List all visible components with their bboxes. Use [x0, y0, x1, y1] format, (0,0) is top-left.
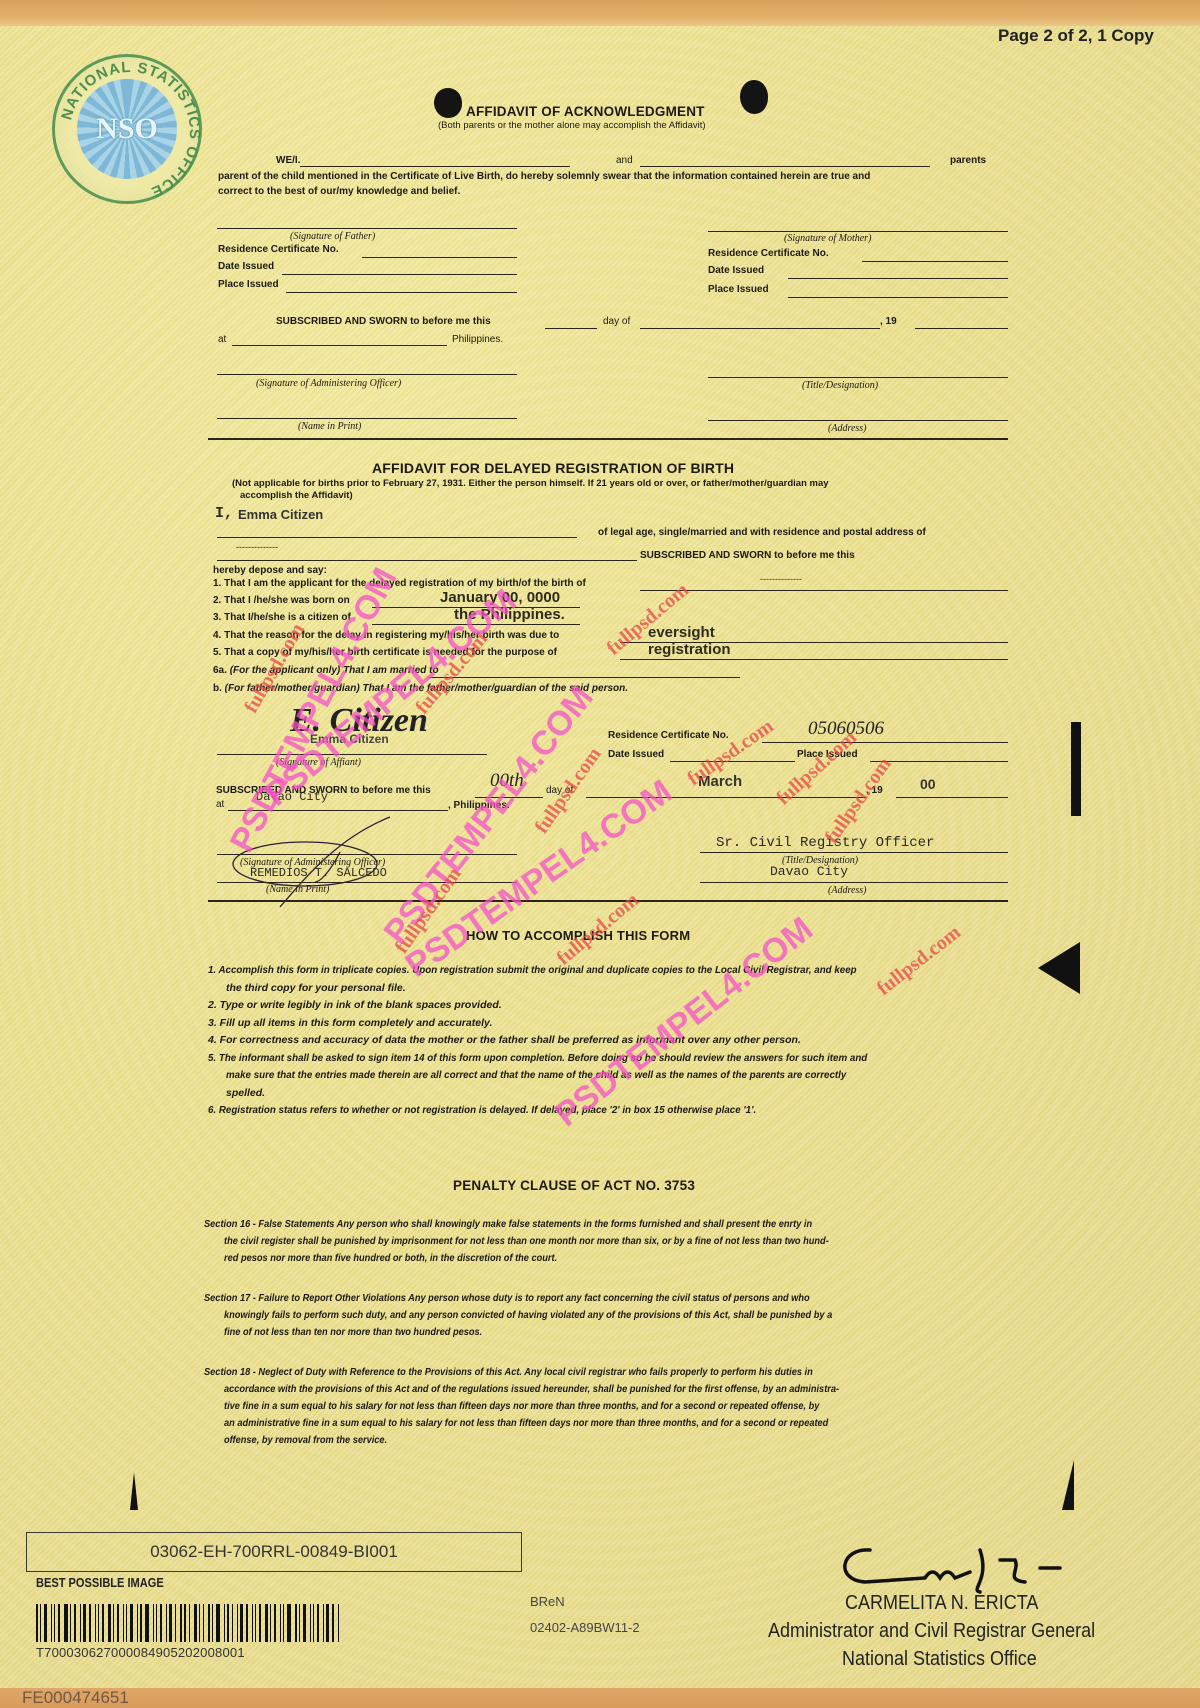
- delayed-day-of-label: day of: [546, 785, 573, 796]
- barcode-bar: [299, 1604, 300, 1642]
- officer-name-value: REMEDIOS T. SALCEDO: [250, 866, 387, 880]
- barcode-bar: [323, 1604, 324, 1642]
- mother-date-issued-label: Date Issued: [708, 265, 764, 276]
- acknowledgment-title: AFFIDAVIT OF ACKNOWLEDGMENT: [466, 104, 705, 119]
- barcode-bar: [74, 1604, 76, 1642]
- penalty-section-line: tive fine in a sum equal to his salary f…: [224, 1398, 819, 1415]
- sworn-month-field[interactable]: [586, 797, 866, 798]
- seal-center-text: NSO: [96, 112, 158, 146]
- mother-residence-cert-label: Residence Certificate No.: [708, 248, 829, 259]
- father-residence-cert-label: Residence Certificate No.: [218, 244, 339, 255]
- registrar-signature: [830, 1540, 1090, 1596]
- barcode-bar: [126, 1604, 127, 1642]
- penalty-section-line: offense, by removal from the service.: [224, 1432, 387, 1449]
- signatory-name: CARMELITA N. ERICTA: [845, 1592, 1038, 1615]
- affiant-signature-label: (Signature of Affiant): [276, 757, 361, 768]
- barcode-bar: [140, 1604, 142, 1642]
- delayed-subtitle-line-2: accomplish the Affidavit): [240, 490, 353, 501]
- barcode-bar: [317, 1604, 319, 1642]
- barcode-bar: [224, 1604, 225, 1642]
- delayed-item-4: 4. That the reason for the delay in regi…: [213, 630, 559, 641]
- sworn-day-field[interactable]: [475, 797, 543, 798]
- delayed-item-field-5[interactable]: [620, 659, 1008, 660]
- barcode-bar: [189, 1604, 190, 1642]
- affiant-name-field[interactable]: [217, 537, 577, 538]
- affiant-residence-cert-value: 05060506: [808, 718, 884, 740]
- barcode-bar: [283, 1604, 284, 1642]
- mother-place-issued-field[interactable]: [788, 297, 1008, 298]
- barcode-bar: [259, 1604, 261, 1642]
- penalty-section-line: the civil register shall be punished by …: [224, 1233, 829, 1250]
- delayed-item-value-5: registration: [648, 641, 731, 658]
- instructions-title: HOW TO ACCOMPLISH THIS FORM: [466, 928, 690, 943]
- instruction-item-continuation: make sure that the entries made therein …: [226, 1067, 846, 1084]
- ack-officer-signature-label: (Signature of Administering Officer): [256, 378, 401, 389]
- penalty-title: PENALTY CLAUSE OF ACT NO. 3753: [453, 1178, 695, 1193]
- barcode-bar: [227, 1604, 229, 1642]
- ack-address-field[interactable]: [708, 420, 1008, 421]
- page-indicator: Page 2 of 2, 1 Copy: [998, 26, 1154, 46]
- barcode-bar: [180, 1604, 182, 1642]
- ack-day-of-label: day of: [603, 316, 630, 327]
- penalty-section-line: fine of not less than ten nor more than …: [224, 1324, 482, 1341]
- affiant-address-field[interactable]: [217, 560, 637, 561]
- instruction-item-continuation: spelled.: [226, 1085, 265, 1102]
- instruction-item: 3. Fill up all items in this form comple…: [208, 1015, 492, 1032]
- barcode-bar: [64, 1604, 68, 1642]
- affiant-name-value: Emma Citizen: [238, 507, 323, 522]
- certificate-paper: [0, 0, 1200, 1708]
- alignment-triangle-mark: [1062, 1460, 1074, 1510]
- barcode-bar: [216, 1604, 220, 1642]
- barcode-bar: [169, 1604, 172, 1642]
- barcode-bar: [287, 1604, 291, 1642]
- affiant-date-issued-label: Date Issued: [608, 749, 664, 760]
- officer-address-value: Davao City: [770, 864, 848, 879]
- barcode-bar: [252, 1604, 253, 1642]
- father-date-issued-field[interactable]: [282, 274, 517, 275]
- barcode-bar: [98, 1604, 99, 1642]
- barcode-bar: [113, 1604, 114, 1642]
- we-label: WE/I.: [276, 155, 300, 166]
- delayed-item-field-3[interactable]: [372, 624, 580, 625]
- instruction-item: 6. Registration status refers to whether…: [208, 1102, 756, 1119]
- barcode-bar: [175, 1604, 176, 1642]
- mother-place-issued-label: Place Issued: [708, 284, 769, 295]
- delayed-item-number: 1.: [213, 578, 224, 589]
- delayed-officer-signature-field[interactable]: [217, 854, 517, 855]
- barcode-bar: [280, 1604, 281, 1642]
- barcode-bar: [240, 1604, 243, 1642]
- mother-name-field[interactable]: [640, 166, 930, 167]
- delayed-registration-title: AFFIDAVIT FOR DELAYED REGISTRATION OF BI…: [372, 460, 734, 476]
- serial-number: FE000474651: [22, 1688, 129, 1708]
- barcode-bar: [237, 1604, 238, 1642]
- image-quality-note: BEST POSSIBLE IMAGE: [36, 1575, 164, 1590]
- sworn-year-field[interactable]: [896, 797, 1008, 798]
- delayed-item-number: 4.: [213, 630, 224, 641]
- barcode-bar: [332, 1604, 334, 1642]
- registry-number: 03062-EH-700RRL-00849-BI001: [150, 1542, 398, 1562]
- delayed-item-text: That I/he/she is a citizen of: [224, 612, 351, 623]
- affiant-place-issued-label: Place Issued: [797, 749, 858, 760]
- affiant-address-value: --------------: [236, 542, 278, 552]
- barcode-bar: [44, 1604, 47, 1642]
- ack-sworn-text: SUBSCRIBED AND SWORN to before me this: [276, 316, 491, 327]
- delayed-item-text: (For father/mother/guardian) That I am t…: [225, 683, 628, 694]
- section-divider: [208, 438, 1008, 440]
- delayed-item-2: 2. That I /he/she was born on: [213, 595, 350, 606]
- barcode-bar: [326, 1604, 329, 1642]
- barcode-bar: [310, 1604, 311, 1642]
- delayed-item-value-4: eversight: [648, 624, 715, 641]
- delayed-item-number: b.: [213, 683, 225, 694]
- bren-label: BReN: [530, 1594, 565, 1609]
- affiant-residence-cert-label: Residence Certificate No.: [608, 730, 729, 741]
- duly-sworn-text: SUBSCRIBED AND SWORN to before me this: [640, 550, 855, 561]
- ack-name-in-print-field[interactable]: [217, 418, 517, 419]
- barcode-bar: [295, 1604, 297, 1642]
- depose-text: hereby depose and say:: [213, 565, 327, 576]
- barcode-bar: [40, 1604, 41, 1642]
- instruction-item-continuation: the third copy for your personal file.: [226, 980, 406, 997]
- barcode-bar: [255, 1604, 256, 1642]
- delayed-item-field-1[interactable]: [640, 590, 1008, 591]
- instruction-item: 2. Type or write legibly in ink of the b…: [208, 997, 502, 1014]
- alignment-triangle-mark: [130, 1472, 138, 1510]
- barcode-bar: [270, 1604, 271, 1642]
- top-border-band: [0, 0, 1200, 26]
- barcode-bar: [95, 1604, 96, 1642]
- barcode-text: T70003062700008490520200800​1: [36, 1645, 245, 1660]
- sworn-place-value: Davao City: [256, 790, 328, 804]
- delayed-officer-name-field[interactable]: [217, 882, 517, 883]
- affiant-date-issued-field[interactable]: [670, 761, 795, 762]
- ack-sworn-place-field[interactable]: [232, 345, 447, 346]
- delayed-item-number: 2.: [213, 595, 224, 606]
- barcode-bar: [160, 1604, 162, 1642]
- ack-philippines-label: Philippines.: [452, 334, 503, 345]
- alignment-mark: [1071, 722, 1081, 816]
- ack-address-label: (Address): [828, 423, 867, 434]
- ack-sworn-day-field[interactable]: [545, 328, 597, 329]
- barcode-bar: [184, 1604, 186, 1642]
- barcode-bar: [313, 1604, 314, 1642]
- barcode-bar: [303, 1604, 306, 1642]
- barcode-bar: [194, 1604, 197, 1642]
- barcode-bar: [130, 1604, 133, 1642]
- ack-name-in-print-label: (Name in Print): [298, 421, 361, 432]
- barcode-bar: [145, 1604, 149, 1642]
- barcode-bar: [58, 1604, 60, 1642]
- barcode-bar: [123, 1604, 124, 1642]
- delayed-address-field[interactable]: [700, 882, 1008, 883]
- affiant-printed-name: Emma Citizen: [310, 732, 389, 746]
- signatory-title: Administrator and Civil Registrar Genera…: [768, 1620, 1095, 1643]
- affiant-prefix: I,: [215, 505, 233, 522]
- mother-residence-cert-field[interactable]: [862, 261, 1008, 262]
- penalty-section-heading: Section 17 - Failure to Report Other Vio…: [204, 1290, 810, 1307]
- affiant-signature-field[interactable]: [217, 754, 487, 755]
- barcode-bar: [51, 1604, 52, 1642]
- nso-seal-icon: NATIONAL STATISTICS OFFICE NSO: [52, 54, 202, 204]
- bren-value: 02402-A89BW11-2: [530, 1620, 640, 1635]
- penalty-section-line: accordance with the provisions of this A…: [224, 1381, 839, 1398]
- acknowledgment-subtitle: (Both parents or the mother alone may ac…: [438, 120, 706, 131]
- delayed-item-number: 3.: [213, 612, 224, 623]
- sworn-day-value: 00th: [490, 770, 524, 792]
- barcode-bar: [156, 1604, 157, 1642]
- delayed-item-1: 1. That I am the applicant for the delay…: [213, 578, 586, 589]
- barcode-bar: [338, 1604, 339, 1642]
- delayed-item-value-3: the Philippines.: [454, 606, 565, 623]
- ack-title-designation-field[interactable]: [708, 377, 1008, 378]
- delayed-item-text: That I /he/she was born on: [224, 595, 350, 606]
- instruction-item: 4. For correctness and accuracy of data …: [208, 1032, 801, 1049]
- ack-sworn-month-field[interactable]: [640, 328, 880, 329]
- penalty-section-line: red pesos nor more than five hundred or …: [224, 1250, 557, 1267]
- barcode: [36, 1604, 502, 1642]
- father-signature-label: (Signature of Father): [290, 231, 375, 242]
- father-residence-cert-field[interactable]: [362, 257, 517, 258]
- delayed-item-6: 6a. (For the applicant only) That I am m…: [213, 665, 439, 676]
- barcode-bar: [89, 1604, 91, 1642]
- barcode-bar: [208, 1604, 210, 1642]
- barcode-bar: [232, 1604, 233, 1642]
- instruction-item: 1. Accomplish this form in triplicate co…: [208, 962, 857, 979]
- mother-signature-field[interactable]: [708, 231, 1008, 232]
- barcode-bar: [80, 1604, 81, 1642]
- barcode-bar: [153, 1604, 154, 1642]
- barcode-bar: [199, 1604, 200, 1642]
- barcode-bar: [36, 1604, 38, 1642]
- barcode-bar: [246, 1604, 248, 1642]
- and-label: and: [616, 155, 633, 166]
- sworn-month-value: March: [698, 773, 742, 790]
- alignment-triangle-mark: [1038, 942, 1080, 994]
- barcode-bar: [70, 1604, 71, 1642]
- barcode-bar: [265, 1604, 268, 1642]
- barcode-bar: [274, 1604, 276, 1642]
- delayed-item-5: 5. That a copy of my/his/her birth certi…: [213, 647, 557, 658]
- barcode-bar: [166, 1604, 167, 1642]
- ack-officer-signature-field[interactable]: [217, 374, 517, 375]
- delayed-title-designation-field[interactable]: [700, 852, 1008, 853]
- registry-number-box: 03062-EH-700RRL-00849-BI001: [26, 1532, 522, 1572]
- delayed-item-text: That the reason for the delay in registe…: [224, 630, 559, 641]
- barcode-bar: [83, 1604, 86, 1642]
- barcode-bar: [137, 1604, 138, 1642]
- affiant-place-issued-field[interactable]: [870, 761, 1008, 762]
- delayed-item-7: b. (For father/mother/guardian) That I a…: [213, 683, 628, 694]
- ack-year-prefix: , 19: [880, 316, 897, 327]
- barcode-bar: [108, 1604, 111, 1642]
- ink-blot-mark: [740, 80, 768, 114]
- delayed-item-3: 3. That I/he/she is a citizen of: [213, 612, 351, 623]
- bottom-border-band: [0, 1688, 1200, 1708]
- barcode-bar: [117, 1604, 119, 1642]
- ack-title-designation-label: (Title/Designation): [802, 380, 878, 391]
- ack-at-label: at: [218, 334, 226, 345]
- signatory-office: National Statistics Office: [842, 1648, 1037, 1671]
- affiant-residence-cert-field[interactable]: [762, 742, 1008, 743]
- barcode-bar: [212, 1604, 213, 1642]
- mother-date-issued-field[interactable]: [788, 278, 1008, 279]
- ink-blot-mark: [434, 88, 462, 118]
- father-name-field[interactable]: [300, 166, 570, 167]
- legal-age-text: of legal age, single/married and with re…: [598, 527, 926, 538]
- delayed-year-prefix: , 19: [866, 785, 883, 796]
- delayed-at-label: at: [216, 799, 224, 810]
- delayed-item-text: That I am the applicant for the delayed …: [224, 578, 586, 589]
- penalty-section-heading: Section 18 - Neglect of Duty with Refere…: [204, 1364, 813, 1381]
- sworn-year-value: 00: [920, 776, 936, 792]
- delayed-item-text: (For the applicant only) That I am marri…: [230, 665, 439, 676]
- delayed-item-value-2: January 00, 0000: [440, 589, 560, 606]
- delayed-item-value-1: --------------: [760, 574, 802, 584]
- penalty-section-line: knowingly fails to perform such duty, an…: [224, 1307, 832, 1324]
- oath-line-1: parent of the child mentioned in the Cer…: [218, 171, 870, 182]
- instruction-item: 5. The informant shall be asked to sign …: [208, 1050, 867, 1067]
- penalty-section-heading: Section 16 - False Statements Any person…: [204, 1216, 812, 1233]
- delayed-item-text: That a copy of my/his/her birth certific…: [224, 647, 557, 658]
- delayed-address-label: (Address): [828, 885, 867, 896]
- officer-title-value: Sr. Civil Registry Officer: [716, 835, 934, 851]
- barcode-bar: [102, 1604, 104, 1642]
- father-place-issued-label: Place Issued: [218, 279, 279, 290]
- parents-label: parents: [950, 155, 986, 166]
- delayed-item-field-6[interactable]: [428, 677, 740, 678]
- barcode-bar: [54, 1604, 55, 1642]
- barcode-bar: [203, 1604, 204, 1642]
- oath-line-2: correct to the best of our/my knowledge …: [218, 186, 460, 197]
- seal-center: NSO: [77, 79, 177, 179]
- delayed-subtitle-line-1: (Not applicable for births prior to Febr…: [232, 478, 829, 489]
- delayed-name-in-print-label: (Name in Print): [266, 884, 329, 895]
- father-signature-field[interactable]: [217, 228, 517, 229]
- delayed-philippines-label: , Philippines.: [448, 800, 510, 811]
- penalty-section-line: an administrative fine in a sum equal to…: [224, 1415, 828, 1432]
- father-date-issued-label: Date Issued: [218, 261, 274, 272]
- delayed-item-number: 5.: [213, 647, 224, 658]
- sworn-place-field[interactable]: [228, 810, 448, 811]
- ack-sworn-year-field[interactable]: [915, 328, 1008, 329]
- mother-signature-label: (Signature of Mother): [784, 233, 871, 244]
- section-divider: [208, 900, 1008, 902]
- delayed-item-number: 6a.: [213, 665, 230, 676]
- father-place-issued-field[interactable]: [286, 292, 517, 293]
